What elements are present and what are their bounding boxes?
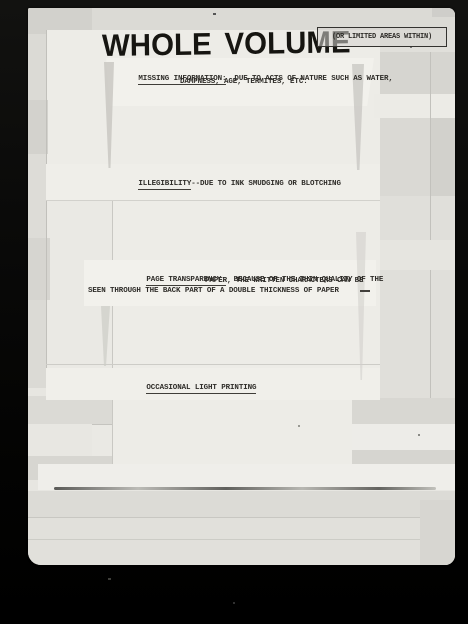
paper-strip <box>28 100 48 154</box>
paper-sheet: WHOLE VOLUME (OR LIMITED AREAS WITHIN) M… <box>28 8 455 565</box>
section-heading: OCCASIONAL LIGHT PRINTING <box>146 384 256 394</box>
section-illegibility: ILLEGIBILITY--DUE TO INK SMUDGING OR BLO… <box>112 171 341 198</box>
scan-background: WHOLE VOLUME (OR LIMITED AREAS WITHIN) M… <box>0 0 468 624</box>
paper-strip <box>420 500 455 565</box>
tape-seam <box>46 364 380 365</box>
paper-strip <box>28 300 46 388</box>
scan-speck <box>233 602 235 604</box>
smudge-line <box>54 487 436 490</box>
section-page-transparency-line2: PAPER, THE WRITTEN CHARACTERS CAN BE <box>205 277 363 286</box>
title-note-box: (OR LIMITED AREAS WITHIN) <box>317 27 447 47</box>
section-body: --DUE TO INK SMUDGING OR BLOTCHING <box>191 180 341 188</box>
page-title: WHOLE VOLUME <box>102 24 351 64</box>
paper-strip <box>352 424 455 450</box>
section-missing-information-line2: DAMPNESS, AGE, TERMITES, ETC. <box>180 78 308 87</box>
paper-strip <box>432 8 455 17</box>
paper-strip <box>430 118 455 196</box>
title-note-text: (OR LIMITED AREAS WITHIN) <box>332 33 432 41</box>
paper-strip <box>374 94 455 118</box>
paper-strip <box>28 154 46 238</box>
paper-strip <box>28 396 112 425</box>
paper-strip <box>28 424 92 456</box>
paper-strip <box>28 34 46 100</box>
section-occasional-light-printing: OCCASIONAL LIGHT PRINTING <box>120 375 256 402</box>
paper-strip <box>380 240 455 270</box>
tape-seam <box>46 200 380 201</box>
paper-speck <box>298 425 300 427</box>
paper-speck <box>418 434 420 436</box>
scan-speck <box>108 578 111 580</box>
paper-speck <box>213 13 216 15</box>
section-heading: ILLEGIBILITY <box>138 180 191 190</box>
paper-strip <box>28 491 455 517</box>
tape-seam <box>28 539 455 540</box>
tape-seam <box>46 30 47 396</box>
section-page-transparency-line3: SEEN THROUGH THE BACK PART OF A DOUBLE T… <box>88 287 339 296</box>
paper-strip <box>352 398 455 424</box>
tape-seam <box>28 517 455 518</box>
